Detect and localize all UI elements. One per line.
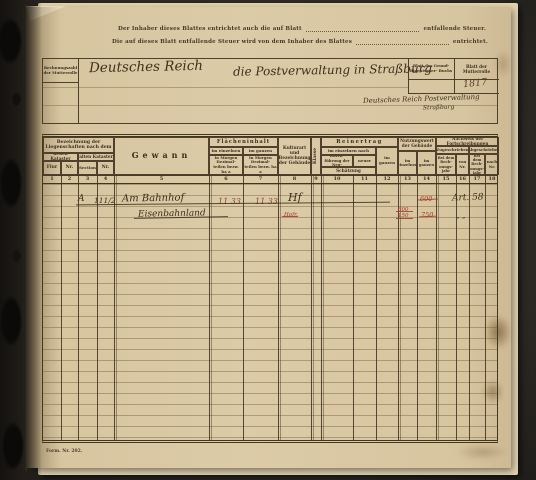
table-column-line xyxy=(485,175,486,440)
column-number-cell: 13 xyxy=(398,175,417,184)
top-note-1-end: entfallende Steuer. xyxy=(423,26,486,32)
header-nach-nr: nach Nr. xyxy=(485,154,499,175)
header-flur: Flur xyxy=(43,161,61,175)
header-neuer-schaetzung: neuer xyxy=(353,155,376,167)
header-schaetzung-label: Schätzung xyxy=(336,169,361,174)
top-note-1: Der Inhaber dieses Blattes entrichtet au… xyxy=(118,26,486,32)
table-column-line xyxy=(97,175,98,440)
stitch-mark xyxy=(12,92,21,106)
column-number-cell: 17 xyxy=(469,175,485,184)
header-flaeche-ganz-label: im ganzen xyxy=(249,149,272,154)
entry-row2-ditto-marks: „ „ xyxy=(456,212,465,220)
header-gewann-label: Gewann xyxy=(132,151,192,160)
entry-row1-fortschreibung: Art. 58 xyxy=(452,192,484,203)
entry-row1-flaeche-ganz: 11 33 xyxy=(255,197,278,206)
header-neuer-schaetzung-label: neuer xyxy=(358,159,371,164)
corner-label-cell: Rechnungszahl der Mutterrolle xyxy=(43,59,78,83)
book-spine xyxy=(0,0,42,480)
mutterrolle-label: Blatt der Mutterrolle xyxy=(455,64,498,74)
header-von-nr-label: von Nr. xyxy=(457,160,468,169)
header-section: Section xyxy=(78,161,97,175)
table-column-line-double xyxy=(438,175,439,440)
header-nutzungswert-ganz-label: im ganzen xyxy=(418,159,435,168)
column-number-cell: 2 xyxy=(61,175,78,184)
header-gewann: Gewann xyxy=(114,137,209,175)
mutterrolle-number-handwritten: 1817 xyxy=(462,77,487,90)
table-column-line xyxy=(353,175,354,440)
header-neuer-kataster-label: neuen Kataster xyxy=(44,153,77,161)
table-column-line xyxy=(61,175,62,440)
header-vor-schaetzung-label: vor der Durch- führung der Neu- schätzun… xyxy=(322,155,352,167)
header-alter-kataster-label: alten Kataster xyxy=(79,155,113,160)
strikethrough-row2-red-b xyxy=(396,211,413,212)
header-zu-rechnungsjahr-label: Bei dem Rech- nungs- jahr xyxy=(437,156,455,173)
column-number-cell: 7 xyxy=(243,175,278,184)
header-nutzungswert: Nutzungswert der Gebäude xyxy=(398,137,436,151)
header-flaeche-einzeln: im einzelnen xyxy=(209,147,243,155)
header-von-nr: von Nr. xyxy=(456,154,469,175)
header-nach-nr-label: nach Nr. xyxy=(486,160,498,169)
header-reinertrag-label: Reinertrag xyxy=(336,139,383,145)
ruled-line xyxy=(43,87,408,88)
paper-stain xyxy=(455,444,509,460)
table-column-line xyxy=(78,175,79,440)
header-flaeche-einheit-2-label: in Morgen Dezimal- teilen bezw. ha a xyxy=(244,156,277,174)
header-flaecheninhalt: Flächeninhalt xyxy=(209,137,278,147)
strikethrough-row2-red-c xyxy=(396,218,413,219)
mutterrolle-label-cell: Blatt der Mutterrolle xyxy=(455,60,498,78)
header-flur-label: Flur xyxy=(47,165,58,170)
top-note-2: Die auf dieses Blatt entfallende Steuer … xyxy=(112,39,488,45)
table-column-line-double xyxy=(313,175,314,440)
header-nr-alt: Nr. xyxy=(97,161,114,175)
column-number-cell: 6 xyxy=(209,175,243,184)
table-column-line xyxy=(469,175,470,440)
header-nutzungswert-einzeln-label: im einzelnen xyxy=(398,159,417,168)
header-flaeche-ganz: im ganzen xyxy=(243,147,278,155)
column-number-cell: 14 xyxy=(417,175,436,184)
header-flaecheninhalt-label: Flächeninhalt xyxy=(217,139,270,145)
header-reinertrag-einzeln-nach: im einzelnen nach xyxy=(321,147,376,155)
header-abgeschrieben: Abgeschrieben xyxy=(469,146,499,154)
header-flaeche-einheit-1-label: in Morgen Dezimal- teilen bezw. ha a xyxy=(210,156,242,174)
register-table: Bezeichnung der Liegenschaften nach dem … xyxy=(42,134,498,443)
column-number-cell: 12 xyxy=(376,175,398,184)
table-column-line-double xyxy=(280,175,281,440)
header-bezeichnung-label: Bezeichnung der Liegenschaften nach dem xyxy=(44,140,113,151)
strikethrough-row2-red-a xyxy=(282,216,298,217)
header-reinertrag: Reinertrag xyxy=(321,137,398,147)
header-nachweis: Nachweis der Fortschreibungen xyxy=(436,137,499,146)
stitch-mark xyxy=(12,250,21,262)
header-nutzungswert-label: Nutzungswert der Gebäude xyxy=(399,139,435,149)
top-note-2-text: Die auf dieses Blatt entfallende Steuer … xyxy=(112,39,352,45)
top-note-2-end: entrichtet. xyxy=(453,39,488,45)
corner-cell-divider xyxy=(78,59,79,123)
header-nr-neu: Nr. xyxy=(61,161,78,175)
header-neuer-kataster: neuen Kataster xyxy=(43,153,78,161)
header-klasse: Klasse xyxy=(311,137,321,175)
header-alter-kataster: alten Kataster xyxy=(78,153,114,161)
header-nutzungswert-einzeln: im einzelnen xyxy=(398,151,417,175)
header-reinertrag-ganz: im ganzen xyxy=(376,147,398,175)
table-body-grid xyxy=(43,184,497,440)
form-number: Form. Nr. 202. xyxy=(46,449,82,454)
column-number-cell: 3 xyxy=(78,175,97,184)
table-column-line xyxy=(376,175,377,440)
column-number-cell: 1 xyxy=(43,175,61,184)
header-nr-alt-label: Nr. xyxy=(102,165,110,170)
header-zugeschrieben-label: Zugeschrieben xyxy=(436,148,468,153)
table-column-line xyxy=(417,175,418,440)
header-zu-rechnungsjahr: Bei dem Rech- nungs- jahr xyxy=(436,154,456,175)
column-number-cell: 10 xyxy=(321,175,353,184)
header-reinertrag-einzeln-nach-label: im einzelnen nach xyxy=(328,149,369,154)
owner-entry-administration: die Postverwaltung in Straßburg xyxy=(233,61,432,78)
header-flaeche-einzeln-label: im einzelnen xyxy=(212,149,241,154)
dotted-blank xyxy=(306,30,420,32)
top-note-1-text: Der Inhaber dieses Blattes entrichtet au… xyxy=(118,26,302,32)
column-number-cell: 8 xyxy=(278,175,311,184)
header-zugeschrieben: Zugeschrieben xyxy=(436,146,469,154)
header-klasse-label: Klasse xyxy=(313,148,318,164)
header-abgeschrieben-label: Abgeschrieben xyxy=(469,148,499,153)
header-reinertrag-ganz-label: im ganzen xyxy=(377,156,397,165)
header-bezeichnung: Bezeichnung der Liegenschaften nach dem xyxy=(43,137,114,153)
table-column-line xyxy=(243,175,244,440)
scanned-ledger-page: Der Inhaber dieses Blattes entrichtet au… xyxy=(0,0,536,480)
header-vor-schaetzung: vor der Durch- führung der Neu- schätzun… xyxy=(321,155,353,167)
column-number-cell: 16 xyxy=(456,175,469,184)
header-schaetzung: Schätzung xyxy=(321,167,376,175)
header-nachweis-label: Nachweis der Fortschreibungen xyxy=(437,137,498,146)
column-number-cell: 4 xyxy=(97,175,114,184)
entry-row1-flaeche-einzeln: 11 33 xyxy=(218,197,241,206)
dotted-blank xyxy=(356,43,449,45)
table-column-line-double xyxy=(211,175,212,440)
corner-label: Rechnungszahl der Mutterrolle xyxy=(43,66,78,75)
binding-hole xyxy=(2,422,24,470)
header-ab-rechnungsjahr: Bei dem Rech- nungs- jahr xyxy=(469,154,485,175)
binding-hole xyxy=(0,296,22,346)
header-section-label: Section xyxy=(79,166,96,171)
header-ab-rechnungsjahr-label: Bei dem Rech- nungs- jahr xyxy=(470,154,484,175)
header-kulturart: Kulturart und Bezeichnung der Gebäude xyxy=(278,137,311,175)
header-flaeche-einheit-1: in Morgen Dezimal- teilen bezw. ha a xyxy=(209,155,243,175)
binding-hole xyxy=(0,158,22,208)
table-column-line-double xyxy=(323,175,324,440)
owner-note-line2: Straßburg xyxy=(423,103,455,111)
column-number-cell: 18 xyxy=(485,175,499,184)
column-number-cell: 11 xyxy=(353,175,376,184)
owner-header-box: Rechnungszahl der Mutterrolle Blatt des … xyxy=(42,58,498,124)
column-number-cell: 5 xyxy=(114,175,209,184)
binding-hole xyxy=(0,18,22,64)
table-column-line-double xyxy=(116,175,117,440)
header-nr-neu-label: Nr. xyxy=(66,165,74,170)
header-kulturart-label: Kulturart und Bezeichnung der Gebäude xyxy=(279,146,311,167)
header-nutzungswert-ganz: im ganzen xyxy=(417,151,436,175)
header-flaeche-einheit-2: in Morgen Dezimal- teilen bezw. ha a xyxy=(243,155,278,175)
column-number-cell: 15 xyxy=(436,175,456,184)
owner-entry-state: Deutsches Reich xyxy=(89,58,203,76)
entry-row1-section: A xyxy=(78,194,85,204)
owner-note-line1: Deutsches Reich Postverwaltung xyxy=(363,93,480,105)
column-number-cell: 9 xyxy=(311,175,321,184)
